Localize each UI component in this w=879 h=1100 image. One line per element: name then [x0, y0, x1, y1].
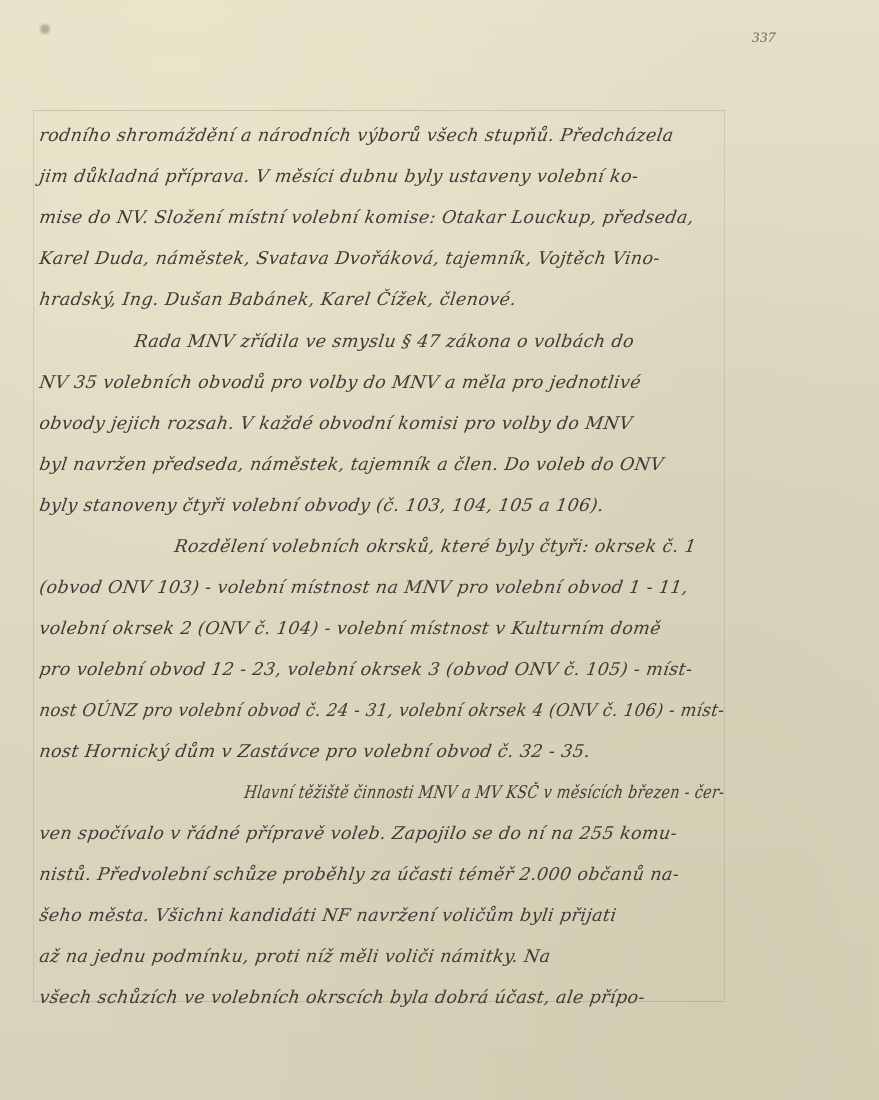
text-line: volební okrsek 2 (ONV č. 104) - volební …	[38, 619, 662, 639]
text-line: mise do NV. Složení místní volební komis…	[38, 208, 695, 228]
text-line: pro volební obvod 12 - 23, volební okrse…	[38, 660, 694, 680]
text-line: rodního shromáždění a národních výborů v…	[38, 126, 675, 146]
text-line: hradský, Ing. Dušan Babánek, Karel Čížek…	[38, 290, 518, 310]
text-line: jim důkladná příprava. V měsíci dubnu by…	[38, 167, 640, 187]
document-page: 337 rodního shromáždění a národních výbo…	[0, 0, 879, 1100]
text-line: (obvod ONV 103) - volební místnost na MN…	[38, 578, 689, 598]
text-line: šeho města. Všichni kandidáti NF navržen…	[38, 906, 618, 926]
paragraph-start-line: Rozdělení volebních okrsků, které byly č…	[173, 537, 698, 557]
text-line: až na jednu podmínku, proti níž měli vol…	[38, 947, 552, 967]
text-line: ven spočívalo v řádné přípravě voleb. Za…	[38, 824, 678, 844]
paragraph-start-line: Hlavní těžiště činnosti MNV a MV KSČ v m…	[243, 783, 726, 803]
text-line: NV 35 volebních obvodů pro volby do MNV …	[38, 373, 642, 393]
text-line: všech schůzích ve volebních okrscích byl…	[38, 988, 646, 1008]
text-line: nost Hornický dům v Zastávce pro volební…	[38, 742, 592, 762]
text-line: obvody jejich rozsah. V každé obvodní ko…	[38, 414, 634, 434]
paragraph-start-line: Rada MNV zřídila ve smyslu § 47 zákona o…	[133, 332, 635, 352]
paper-speck	[40, 24, 50, 34]
text-line: byl navržen předseda, náměstek, tajemník…	[38, 455, 665, 475]
page-number: 337	[752, 30, 776, 47]
text-line: byly stanoveny čtyři volební obvody (č. …	[38, 496, 605, 516]
text-line: nistů. Předvolební schůze proběhly za úč…	[38, 865, 681, 885]
text-line: Karel Duda, náměstek, Svatava Dvořáková,…	[38, 249, 661, 269]
text-line: nost OÚNZ pro volební obvod č. 24 - 31, …	[38, 701, 726, 721]
